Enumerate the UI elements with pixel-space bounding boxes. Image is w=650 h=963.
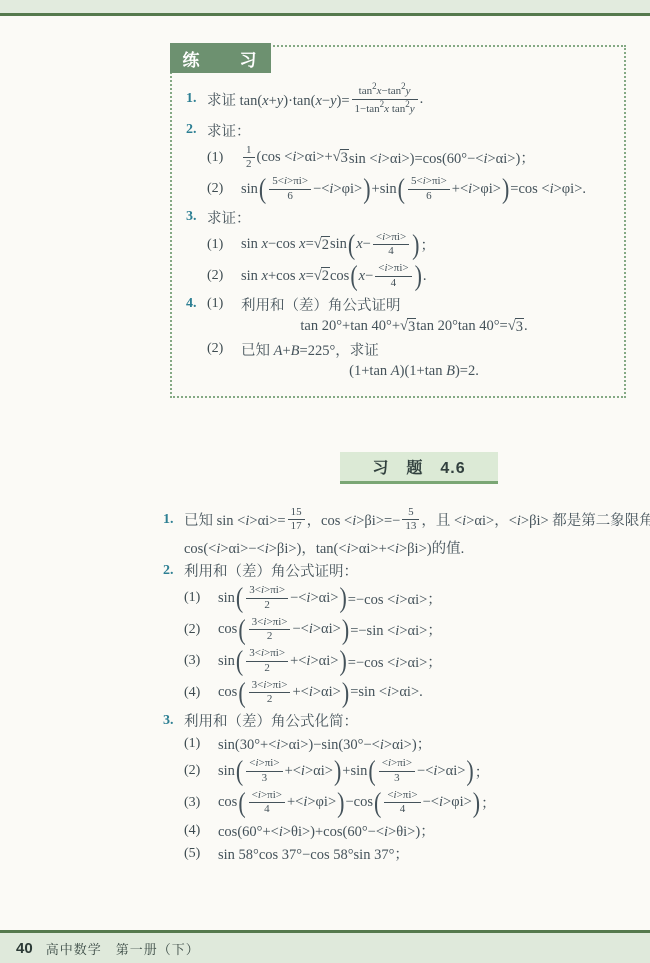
formula: 已知 sin <i>αi>=1517，cos <i>βi>=−513，且 <i>… — [184, 506, 650, 535]
exercise-line: 1. 已知 sin <i>αi>=1517，cos <i>βi>=−513，且 … — [163, 506, 645, 535]
item-label: (2) — [207, 181, 241, 197]
page-footer: 40 高中数学 第一册（下） — [0, 930, 650, 963]
item-label: (4) — [184, 685, 218, 701]
exercise-line: (2) sin(<i>πi>3+<i>αi>)+sin(<i>πi>3−<i>α… — [163, 757, 645, 786]
exercise-line: (1) 12(cos <i>αi>+√3sin <i>αi>)=cos(60°−… — [186, 144, 616, 173]
exercise-line: 1. 求证 tan(x+y)·tan(x−y)=tan2x−tan2y1−tan… — [186, 82, 616, 117]
formula: cos(<i>πi>4+<i>φi>)−cos(<i>πi>4−<i>φi>)； — [218, 789, 496, 818]
section-header: 习 题 4.6 — [340, 452, 498, 484]
exercise-line: 2. 求证： — [186, 120, 616, 141]
exercise-line: (1) sin(30°+<i>αi>)−sin(30°−<i>αi>)； — [163, 733, 645, 754]
formula: sin x+cos x=√2cos(x−<i>πi>4). — [241, 262, 427, 291]
exercise-line: (2) sin(5<i>πi>6−<i>φi>)+sin(5<i>πi>6+<i… — [186, 175, 616, 204]
formula: 求证： — [207, 207, 251, 228]
formula: cos(3<i>πi>2+<i>αi>)=sin <i>αi>. — [218, 679, 423, 708]
item-number: 3. — [186, 209, 207, 225]
item-label: (1) — [207, 150, 241, 166]
formula: sin x−cos x=√2sin(x−<i>πi>4)； — [241, 231, 435, 260]
top-strip — [0, 0, 650, 13]
formula: (1+tan A)(1+tan B)=2. — [349, 363, 479, 380]
item-label: (1) — [184, 736, 218, 752]
textbook-page: 练 习 1. 求证 tan(x+y)·tan(x−y)=tan2x−tan2y1… — [0, 0, 650, 864]
formula: sin 58°cos 37°−cos 58°sin 37°； — [218, 843, 409, 864]
formula: cos(<i>αi>−<i>βi>)，tan(<i>αi>+<i>βi>)的值. — [184, 537, 464, 558]
formula: sin(30°+<i>αi>)−sin(30°−<i>αi>)； — [218, 733, 431, 754]
formula: 求证： — [207, 120, 251, 141]
formula: 12(cos <i>αi>+√3sin <i>αi>)=cos(60°−<i>α… — [241, 144, 535, 173]
item-label: (2) — [184, 622, 218, 638]
item-label: (1) — [207, 296, 241, 312]
exercise-line: 4. (1) 利用和（差）角公式证明 — [186, 294, 616, 315]
exercise-line: (4) cos(60°+<i>θi>)+cos(60°−<i>θi>)； — [163, 820, 645, 841]
exercise-line: (2) cos(3<i>πi>2−<i>αi>)=−sin <i>αi>； — [163, 616, 645, 645]
exercise-section: 习 题 4.6 1. 已知 sin <i>αi>=1517，cos <i>βi>… — [163, 452, 650, 865]
exercise-line: (4) cos(3<i>πi>2+<i>αi>)=sin <i>αi>. — [163, 679, 645, 708]
exercise-line: (1+tan A)(1+tan B)=2. — [186, 362, 616, 382]
exercise-line: 3. 求证： — [186, 207, 616, 228]
formula: sin(3<i>πi>2+<i>αi>)=−cos <i>αi>； — [218, 647, 442, 676]
formula: 利用和（差）角公式证明： — [184, 560, 358, 581]
item-number: 1. — [186, 91, 207, 107]
formula: 已知 A+B=225°，求证 — [241, 339, 379, 360]
item-number: 4. — [186, 296, 207, 312]
formula: cos(60°+<i>θi>)+cos(60°−<i>θi>)； — [218, 820, 435, 841]
book-title: 高中数学 第一册（下） — [46, 939, 200, 958]
formula: sin(3<i>πi>2−<i>αi>)=−cos <i>αi>； — [218, 584, 442, 613]
exercise-line: (3) sin(3<i>πi>2+<i>αi>)=−cos <i>αi>； — [163, 647, 645, 676]
formula: 利用和（差）角公式证明 — [241, 294, 401, 315]
exercise-line: (2) 已知 A+B=225°，求证 — [186, 339, 616, 360]
formula: tan 20°+tan 40°+√3tan 20°tan 40°=√3. — [300, 318, 527, 336]
item-label: (5) — [184, 846, 218, 862]
item-label: (2) — [207, 341, 241, 357]
formula: cos(3<i>πi>2−<i>αi>)=−sin <i>αi>； — [218, 616, 442, 645]
exercise-line: (2) sin x+cos x=√2cos(x−<i>πi>4). — [186, 262, 616, 291]
practice-box: 练 习 1. 求证 tan(x+y)·tan(x−y)=tan2x−tan2y1… — [170, 45, 626, 398]
formula: 利用和（差）角公式化简： — [184, 710, 358, 731]
item-label: (3) — [184, 795, 218, 811]
exercise-line-list: 1. 已知 sin <i>αi>=1517，cos <i>βi>=−513，且 … — [163, 506, 645, 865]
formula: 求证 tan(x+y)·tan(x−y)=tan2x−tan2y1−tan2x … — [207, 82, 423, 117]
item-number: 3. — [163, 713, 184, 729]
item-number: 2. — [163, 563, 184, 579]
exercise-line: 2. 利用和（差）角公式证明： — [163, 560, 645, 581]
exercise-line: (1) sin(3<i>πi>2−<i>αi>)=−cos <i>αi>； — [163, 584, 645, 613]
item-number: 1. — [163, 512, 184, 528]
formula: sin(5<i>πi>6−<i>φi>)+sin(5<i>πi>6+<i>φi>… — [241, 175, 586, 204]
exercise-line: 3. 利用和（差）角公式化简： — [163, 710, 645, 731]
exercise-line: (5) sin 58°cos 37°−cos 58°sin 37°； — [163, 843, 645, 864]
top-rule — [0, 13, 650, 16]
formula: sin(<i>πi>3+<i>αi>)+sin(<i>πi>3−<i>αi>)； — [218, 757, 489, 786]
item-label: (3) — [184, 653, 218, 669]
exercise-line: tan 20°+tan 40°+√3tan 20°tan 40°=√3. — [186, 317, 616, 337]
practice-title-badge: 练 习 — [170, 43, 271, 73]
item-label: (2) — [184, 763, 218, 779]
exercise-line: cos(<i>αi>−<i>βi>)，tan(<i>αi>+<i>βi>)的值. — [163, 537, 645, 558]
item-label: (2) — [207, 268, 241, 284]
practice-line-list: 1. 求证 tan(x+y)·tan(x−y)=tan2x−tan2y1−tan… — [186, 82, 616, 382]
item-number: 2. — [186, 122, 207, 138]
page-number: 40 — [16, 940, 33, 957]
item-label: (4) — [184, 823, 218, 839]
item-label: (1) — [207, 237, 241, 253]
item-label: (1) — [184, 590, 218, 606]
exercise-line: (1) sin x−cos x=√2sin(x−<i>πi>4)； — [186, 231, 616, 260]
exercise-line: (3) cos(<i>πi>4+<i>φi>)−cos(<i>πi>4−<i>φ… — [163, 789, 645, 818]
